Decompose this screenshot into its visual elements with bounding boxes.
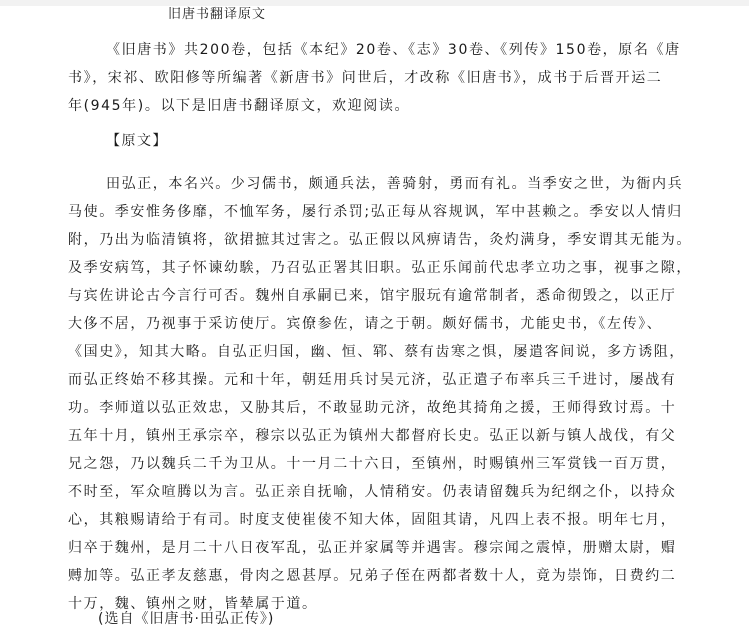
body-line: 附，乃出为临清镇将，欲捃摭其过害之。弘正假以风痹请告，灸灼满身，季安谓其无能为。 (68, 226, 668, 254)
original-text-paragraph: 田弘正，本名兴。少习儒书，颇通兵法，善骑射，勇而有礼。当季安之世，为衙内兵 马使… (68, 170, 668, 618)
top-edge-strip (0, 0, 749, 6)
body-line: 赙加等。弘正孝友慈惠，骨肉之恩甚厚。兄弟子侄在两都者数十人，竟为崇饰，日费约二 (68, 562, 668, 590)
body-line: 归卒于魏州，是月二十八日夜军乱，弘正并家属等并遇害。穆宗闻之震悼，册赠太尉，赗 (68, 534, 668, 562)
body-line: 而弘正终始不移其操。元和十年，朝廷用兵讨吴元济，弘正遣子布率兵三千进讨，屡战有 (68, 366, 668, 394)
intro-line: 《旧唐书》共200卷，包括《本纪》20卷、《志》30卷、《列传》150卷，原名《… (68, 36, 668, 64)
intro-line: 年(945年)。以下是旧唐书翻译原文，欢迎阅读。 (68, 92, 668, 120)
body-line: 不时至，军众喧腾以为言。弘正亲自抚喻，人情稍安。仍表请留魏兵为纪纲之仆，以持众 (68, 478, 668, 506)
intro-paragraph: 《旧唐书》共200卷，包括《本纪》20卷、《志》30卷、《列传》150卷，原名《… (68, 36, 668, 120)
intro-line: 书》，宋祁、欧阳修等所编著《新唐书》问世后，才改称《旧唐书》，成书于后晋开运二 (68, 64, 668, 92)
body-line: 大侈不居，乃视事于采访使厅。宾僚参佐，请之于朝。颇好儒书，尤能史书，《左传》、 (68, 310, 668, 338)
body-line: 心，其粮赐请给于有司。时度支使崔倰不知大体，固阻其请，凡四上表不报。明年七月， (68, 506, 668, 534)
section-heading: 【原文】 (106, 130, 168, 150)
body-line: 功。李师道以弘正效忠，又胁其后，不敢显助元济，故绝其掎角之援，王师得致讨焉。十 (68, 394, 668, 422)
body-line: 田弘正，本名兴。少习儒书，颇通兵法，善骑射，勇而有礼。当季安之世，为衙内兵 (68, 170, 668, 198)
body-line: 兄之怨，乃以魏兵二千为卫从。十一月二十六日，至镇州，时赐镇州三军赏钱一百万贯， (68, 450, 668, 478)
body-line: 及季安病笃，其子怀谏幼騃，乃召弘正署其旧职。弘正乐闻前代忠孝立功之事，视事之隙， (68, 254, 668, 282)
body-line: 《国史》，知其大略。自弘正归国，幽、恒、郓、蔡有齿寒之惧，屡遣客间说，多方诱阻， (68, 338, 668, 366)
document-title: 旧唐书翻译原文 (168, 3, 266, 22)
source-citation: (选自《旧唐书·田弘正传》) (98, 608, 274, 628)
body-line: 与宾佐讲论古今言行可否。魏州自承嗣已来，馆宇服玩有逾常制者，悉命彻毁之，以正厅 (68, 282, 668, 310)
body-line: 五年十月，镇州王承宗卒，穆宗以弘正为镇州大都督府长史。弘正以新与镇人战伐，有父 (68, 422, 668, 450)
body-line: 马使。季安惟务侈靡，不恤军务，屡行杀罚;弘正每从容规讽，军中甚赖之。季安以人情归 (68, 198, 668, 226)
